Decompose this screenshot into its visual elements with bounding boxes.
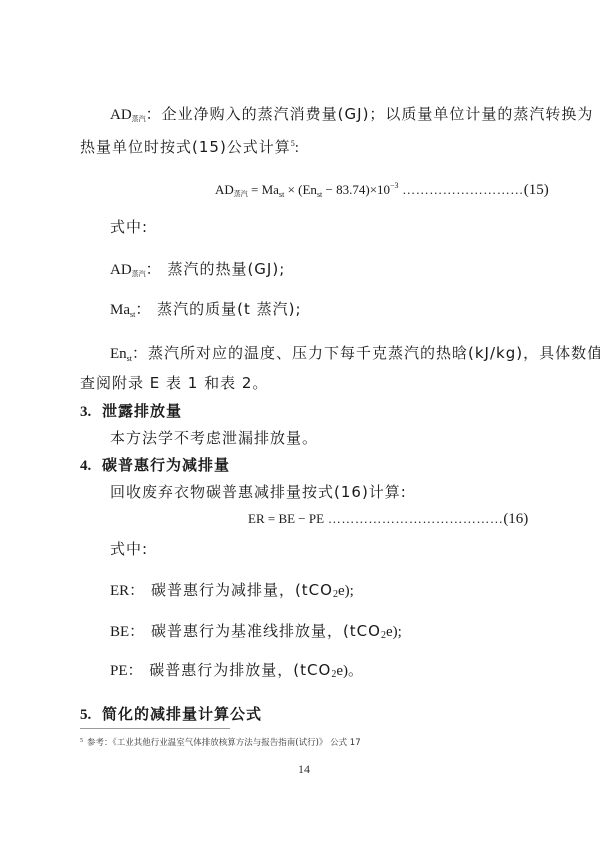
formula-symbol: Ma bbox=[262, 182, 279, 197]
definition-text-tail: e); bbox=[338, 583, 354, 599]
definition-text: ：蒸汽所对应的温度、压力下每千克蒸汽的热晗(kJ/kg)，具体数值 bbox=[132, 344, 600, 362]
formula-15: AD蒸汽 = Mast × (Enst − 83.74)×10−3 ………………… bbox=[215, 177, 549, 204]
definition-er: ER： 碳普惠行为减排量，(tCO2e); bbox=[110, 580, 354, 605]
symbol-ad: AD bbox=[110, 107, 132, 123]
section-3-body: 本方法学不考虑泄漏排放量。 bbox=[110, 428, 318, 448]
section-4-body: 回收废弃衣物碳普惠减排量按式(16)计算: bbox=[110, 482, 407, 502]
formula-symbol: AD bbox=[215, 182, 234, 197]
section-number: 5. bbox=[80, 705, 102, 725]
definition-en-st: Enst：蒸汽所对应的温度、压力下每千克蒸汽的热晗(kJ/kg)，具体数值 bbox=[110, 343, 600, 369]
section-3-heading: 3.泄露排放量 bbox=[80, 401, 182, 422]
definition-be: BE： 碳普惠行为基准线排放量，(tCO2e); bbox=[110, 621, 402, 646]
section-number: 4. bbox=[80, 456, 102, 476]
formula-leader-dots: ………………………………… bbox=[324, 511, 503, 526]
footnote-mark: 5 bbox=[80, 738, 83, 744]
section-5-heading: 5.简化的减排量计算公式 bbox=[80, 704, 262, 725]
definition-text: ： 碳普惠行为基准线排放量，(tCO bbox=[129, 622, 381, 640]
equation-number: (16) bbox=[503, 511, 528, 527]
definition-symbol: BE bbox=[110, 624, 129, 640]
formula-leader-dots: ……………………… bbox=[399, 182, 524, 197]
definition-subscript: 蒸汽 bbox=[132, 270, 146, 278]
section-title: 简化的减排量计算公式 bbox=[102, 705, 262, 723]
definition-text: ： 蒸汽的热量(GJ); bbox=[146, 260, 286, 278]
equation-number: (15) bbox=[524, 182, 549, 198]
definition-symbol: ER bbox=[110, 583, 129, 599]
definition-ad-steam: AD蒸汽： 蒸汽的热量(GJ); bbox=[110, 259, 285, 284]
definition-text-tail: e); bbox=[386, 624, 402, 640]
definition-text: ： 蒸汽的质量(t 蒸汽); bbox=[135, 300, 301, 318]
formula-operator: × ( bbox=[284, 182, 302, 197]
where-label: 式中: bbox=[110, 217, 148, 237]
definition-symbol: PE bbox=[110, 663, 128, 679]
footnote: 5参考：《工业其他行业温室气体排放核算方法与报告指南(试行)》 公式 17 bbox=[80, 735, 361, 749]
definition-symbol: AD bbox=[110, 262, 132, 278]
definition-text: ： 碳普惠行为排放量，(tCO bbox=[128, 661, 332, 679]
ad-steam-paragraph-line2: 热量单位时按式(15)公式计算5: bbox=[80, 134, 299, 158]
section-number: 3. bbox=[80, 402, 102, 422]
paragraph-text: 热量单位时按式(15)公式计算 bbox=[80, 138, 291, 156]
ad-steam-paragraph-line1: AD蒸汽：企业净购入的蒸汽消费量(GJ)；以质量单位计量的蒸汽转换为 bbox=[110, 104, 593, 129]
definition-text-tail: e)。 bbox=[336, 663, 363, 679]
definition-symbol: Ma bbox=[110, 302, 130, 318]
formula-symbol: En bbox=[302, 182, 316, 197]
section-title: 泄露排放量 bbox=[102, 402, 182, 420]
formula-exponent: −3 bbox=[390, 181, 399, 190]
section-4-heading: 4.碳普惠行为减排量 bbox=[80, 455, 230, 476]
symbol-subscript: 蒸汽 bbox=[132, 115, 146, 123]
footnote-separator bbox=[80, 728, 230, 729]
definition-en-st-continuation: 查阅附录 E 表 1 和表 2。 bbox=[80, 373, 268, 393]
definition-symbol: En bbox=[110, 346, 127, 362]
section-title: 碳普惠行为减排量 bbox=[102, 456, 230, 474]
formula-subscript: 蒸汽 bbox=[234, 190, 248, 198]
footnote-text: 参考：《工业其他行业温室气体排放核算方法与报告指南(试行)》 公式 17 bbox=[87, 738, 361, 748]
definition-pe: PE： 碳普惠行为排放量，(tCO2e)。 bbox=[110, 660, 363, 685]
definition-ma-st: Mast： 蒸汽的质量(t 蒸汽); bbox=[110, 299, 302, 325]
paragraph-text: ：企业净购入的蒸汽消费量(GJ)；以质量单位计量的蒸汽转换为 bbox=[146, 105, 594, 123]
formula-operator: = bbox=[248, 182, 262, 197]
definition-text: ： 碳普惠行为减排量，(tCO bbox=[129, 581, 333, 599]
formula-16: ER = BE − PE …………………………………(16) bbox=[248, 510, 528, 528]
colon: : bbox=[295, 140, 299, 156]
page-number: 14 bbox=[298, 762, 310, 777]
formula-expression: − 83.74)×10 bbox=[322, 182, 390, 197]
where-label: 式中: bbox=[110, 539, 148, 559]
formula-expression: ER = BE − PE bbox=[248, 511, 324, 526]
